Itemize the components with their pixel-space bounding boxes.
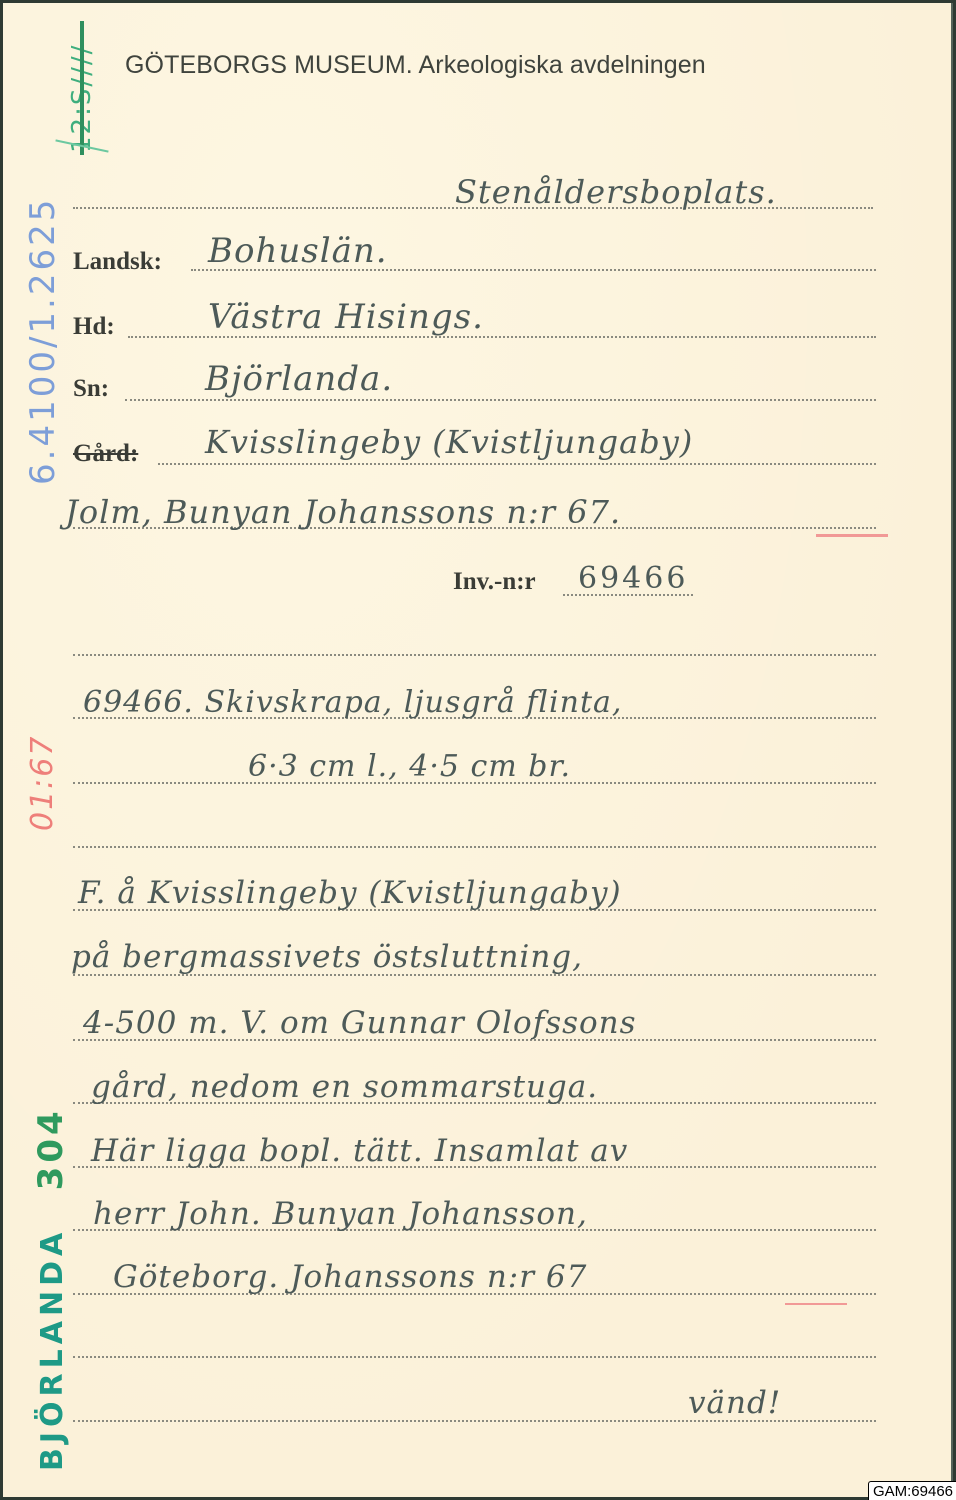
museum-header: GÖTEBORGS MUSEUM. Arkeologiska avdelning… bbox=[125, 51, 706, 80]
find-line-4: gård, nedom en sommarstuga. bbox=[91, 1069, 598, 1105]
catalog-card: GÖTEBORGS MUSEUM. Arkeologiska avdelning… bbox=[3, 3, 953, 1497]
field-value-hd: Västra Hisings. bbox=[208, 297, 484, 337]
find-line-6: herr John. Bunyan Johansson, bbox=[93, 1196, 588, 1232]
field-label-hd: Hd: bbox=[73, 313, 115, 341]
field-label-gard: Gård: bbox=[73, 440, 138, 468]
inventory-label: Inv.-n:r bbox=[453, 568, 536, 596]
find-line-1: F. å Kvisslingeby (Kvistljungaby) bbox=[78, 875, 622, 911]
parish-stamp: BJÖRLANDA 304 bbox=[31, 1107, 71, 1471]
field-value-landsk: Bohuslän. bbox=[208, 231, 388, 271]
blue-margin-note: 6.4100/1.2625 bbox=[23, 197, 63, 485]
field-label-landsk: Landsk: bbox=[73, 248, 162, 276]
stamp-parish: BJÖRLANDA bbox=[35, 1228, 70, 1471]
dotted-line bbox=[73, 1356, 876, 1358]
turn-over-note: vänd! bbox=[688, 1385, 781, 1421]
stamp-number: 304 bbox=[31, 1107, 71, 1190]
dotted-line bbox=[73, 846, 876, 848]
site-type: Stenåldersboplats. bbox=[455, 173, 777, 211]
object-line-2: 6·3 cm l., 4·5 cm br. bbox=[248, 749, 571, 784]
green-strike-line bbox=[80, 21, 84, 155]
find-line-2: på bergmassivets östsluttning, bbox=[71, 939, 583, 975]
field-value-sn: Björlanda. bbox=[205, 359, 393, 399]
field-value-gard: Kvisslingeby (Kvistljungaby) bbox=[205, 423, 693, 461]
dotted-line bbox=[73, 654, 876, 656]
dotted-line bbox=[125, 399, 876, 401]
red-margin-note: 01:67 bbox=[25, 735, 60, 831]
find-line-3: 4-500 m. V. om Gunnar Olofssons bbox=[83, 1005, 637, 1041]
field-label-sn: Sn: bbox=[73, 375, 109, 403]
owner-line: Jolm, Bunyan Johanssons n:r 67. bbox=[65, 493, 621, 531]
find-line-5: Här ligga bopl. tätt. Insamlat av bbox=[91, 1133, 628, 1169]
red-underline-owner-number-2 bbox=[785, 1303, 847, 1305]
find-line-7: Göteborg. Johanssons n:r 67 bbox=[113, 1259, 587, 1295]
dotted-line bbox=[158, 463, 876, 465]
inventory-number: 69466 bbox=[578, 561, 688, 596]
object-line-1: 69466. Skivskrapa, ljusgrå flinta, bbox=[83, 685, 622, 720]
red-underline-owner-number bbox=[816, 534, 888, 537]
image-id-label: GAM:69466 bbox=[868, 1481, 956, 1500]
